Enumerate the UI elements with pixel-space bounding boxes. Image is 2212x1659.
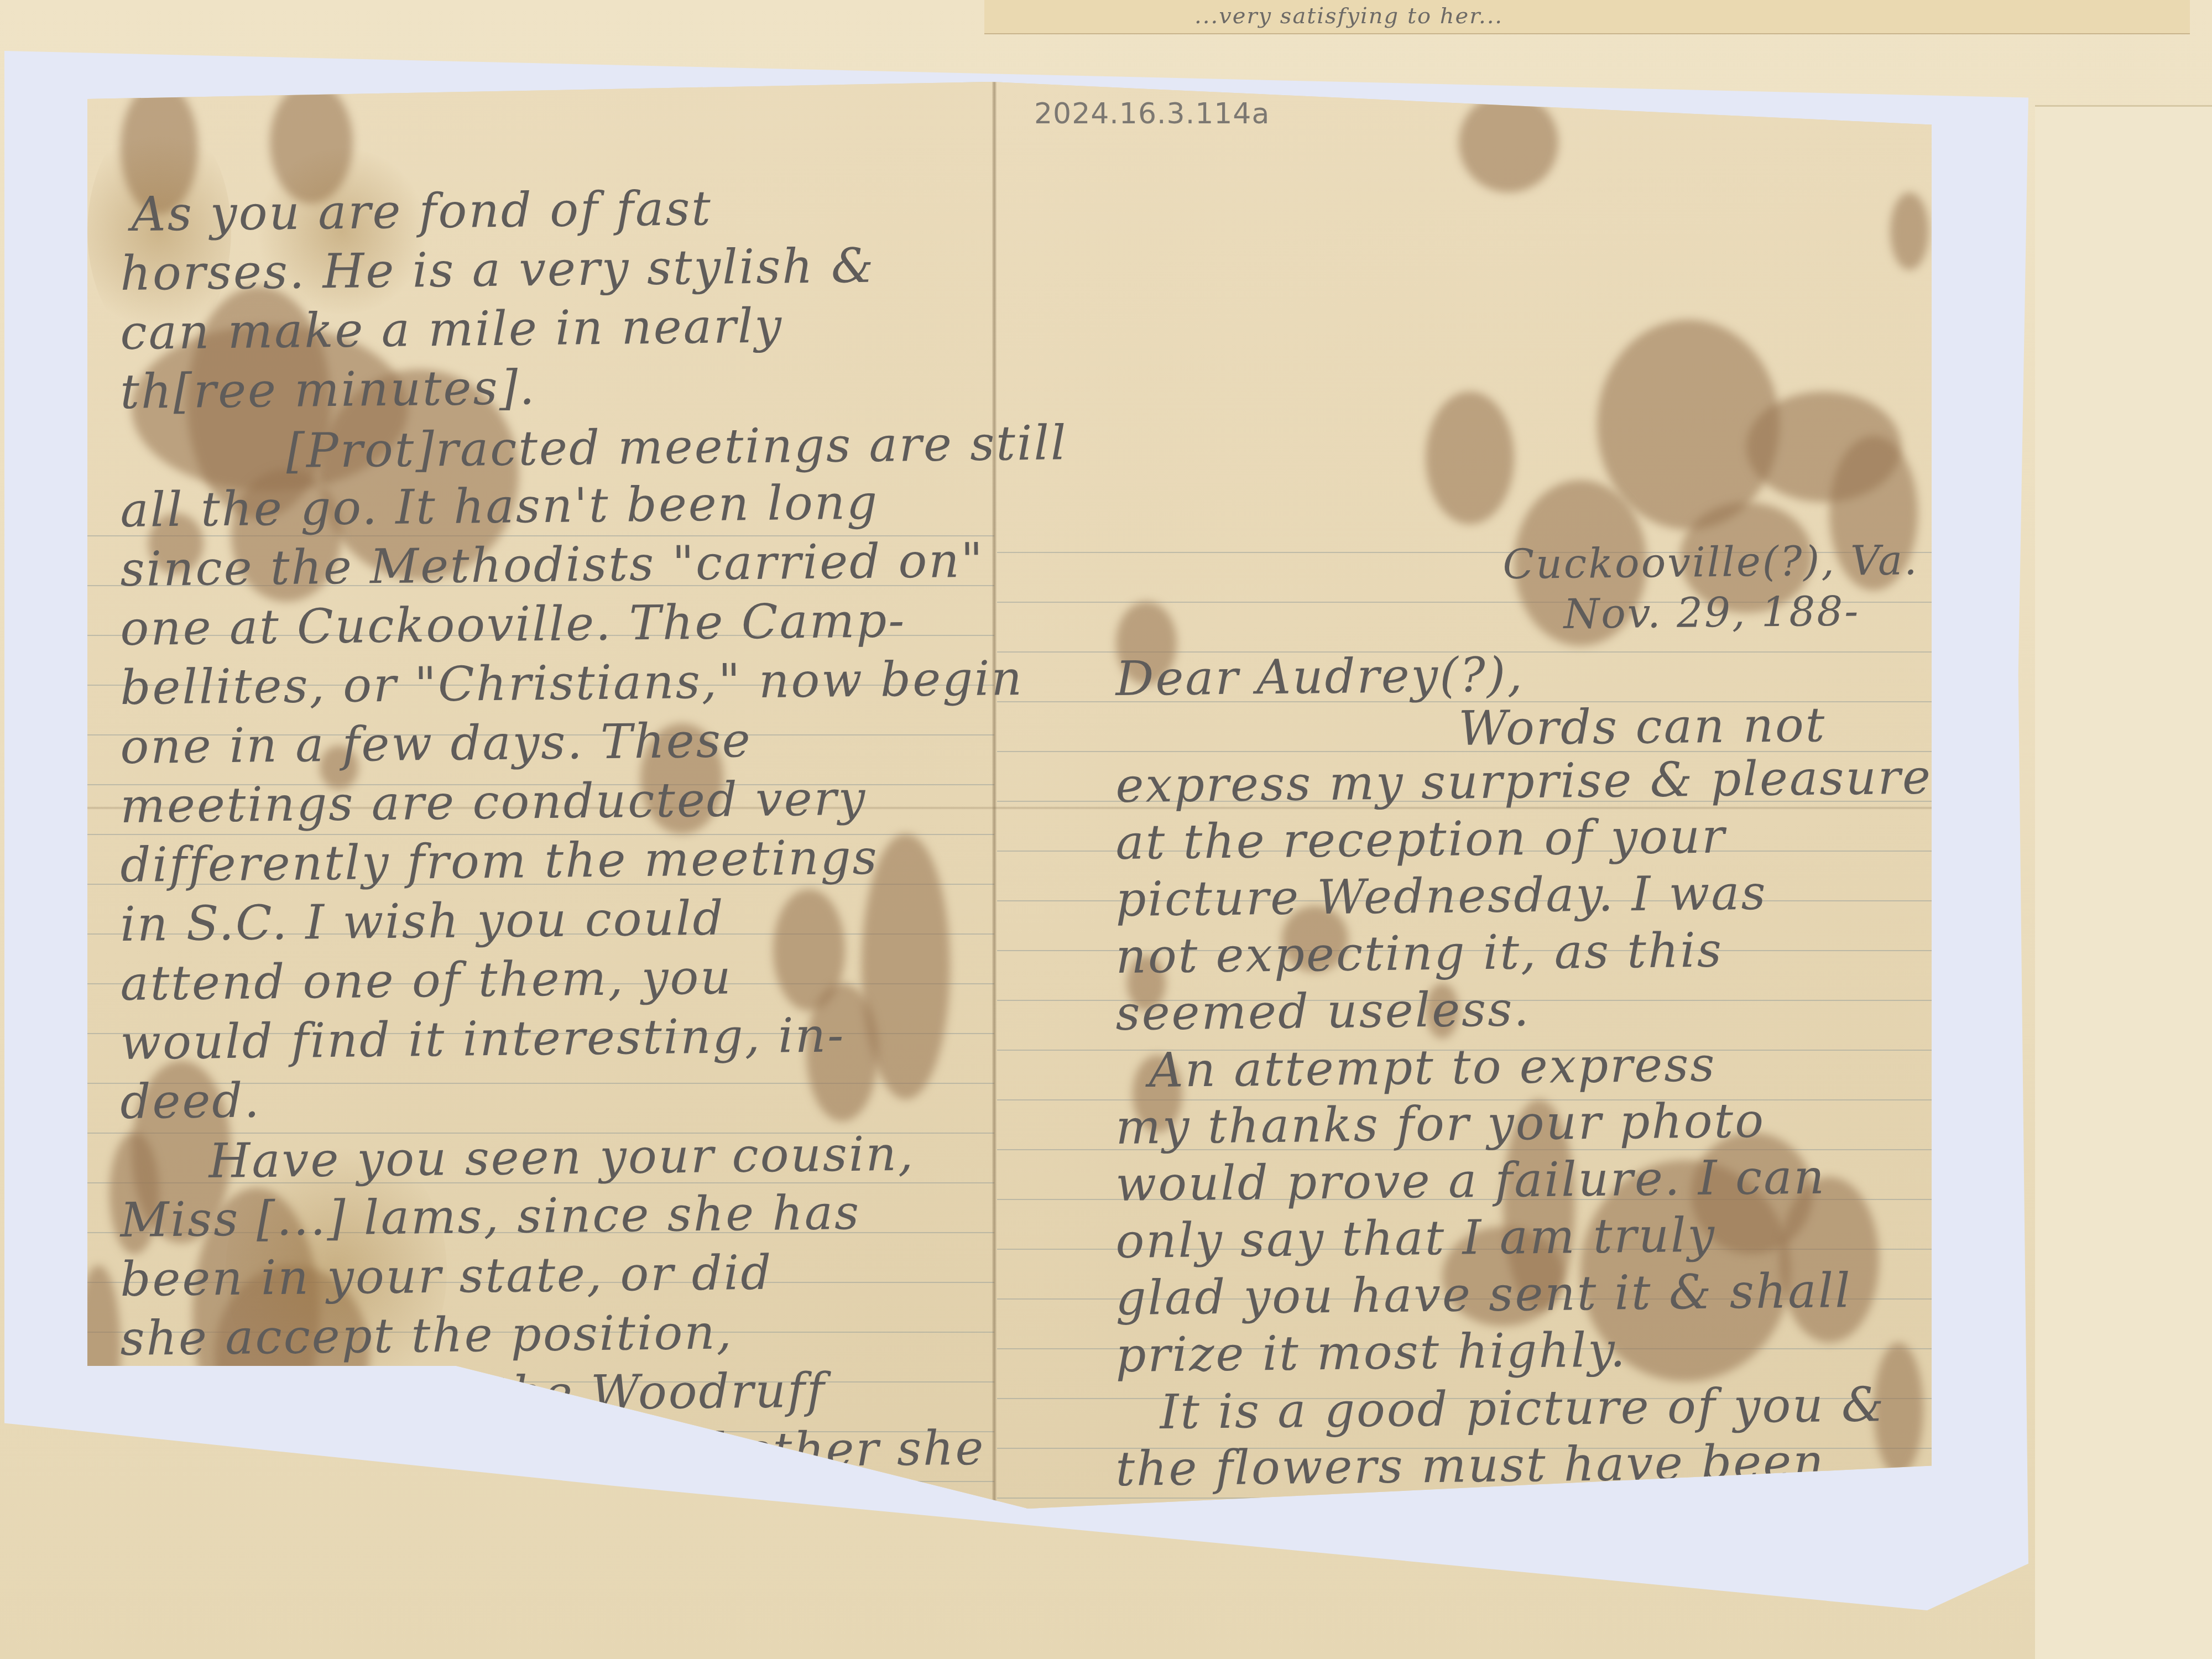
letter-date: Nov. 29, 188- xyxy=(1563,587,1860,638)
handwritten-line: express my surprise & pleasure xyxy=(1115,750,1932,813)
handwritten-line: in S.C. I wish you could xyxy=(120,891,725,952)
handwritten-line: meetings are conducted very xyxy=(120,771,867,834)
center-fold xyxy=(992,82,997,1509)
handwritten-line: Miss [...] lams, since she has xyxy=(120,1185,861,1248)
handwritten-line: attend one of them, you xyxy=(120,950,733,1011)
handwritten-line: at the reception of your xyxy=(1115,808,1726,870)
handwritten-line: Words can not xyxy=(1458,697,1827,757)
background-letter-text: ...very satisfying to her... xyxy=(1194,3,1503,29)
stain xyxy=(1459,93,1558,192)
handwritten-line: prize it most highly. xyxy=(1115,1322,1627,1383)
stain xyxy=(1426,392,1514,524)
handwritten-line: An attempt to express xyxy=(1149,1037,1717,1098)
handwritten-line: glad you have sent it & shall xyxy=(1115,1263,1852,1326)
handwritten-line: can make a mile in nearly xyxy=(120,298,784,361)
handwritten-line: would find it interesting, in- xyxy=(120,1008,846,1071)
handwritten-line: th[ree minutes]. xyxy=(120,360,536,420)
handwritten-line: she accept the position, xyxy=(120,1305,733,1366)
handwritten-line: seemed useless. xyxy=(1115,982,1531,1041)
letter-salutation: Dear Audrey(?), xyxy=(1115,647,1524,707)
handwritten-line: [Prot]racted meetings are still xyxy=(286,415,1068,479)
handwritten-line: bellites, or "Christians," now begin xyxy=(120,651,1024,716)
handwritten-line: differently from the meetings xyxy=(120,830,879,893)
catalog-number: 2024.16.3.114a xyxy=(1034,97,1270,131)
letter-place: Cuckooville(?), Va. xyxy=(1503,536,1919,588)
background-sheet xyxy=(2035,105,2212,1659)
handwritten-line: my thanks for your photo xyxy=(1115,1093,1765,1155)
handwritten-line: since the Methodists "carried on" xyxy=(120,533,985,597)
handwritten-line: Have you seen your cousin, xyxy=(208,1126,915,1189)
handwritten-line: all the go. It hasn't been long xyxy=(120,475,879,538)
handwritten-line: been in your state, or did xyxy=(120,1245,773,1307)
handwritten-line: not expecting it, as this xyxy=(1115,923,1723,984)
handwritten-line: one at Cuckooville. The Camp- xyxy=(120,593,906,656)
background-letter-fragment: ...very satisfying to her... xyxy=(984,0,2190,34)
handwritten-line: would prove a failure. I can xyxy=(1115,1150,1826,1212)
handwritten-line: only say that I am truly xyxy=(1115,1208,1717,1269)
handwritten-line: As you are fond of fast xyxy=(131,181,712,242)
handwritten-line: one in a few days. These xyxy=(120,713,752,775)
handwritten-line: picture Wednesday. I was xyxy=(1115,865,1767,927)
handwritten-line: It is a good picture of you & xyxy=(1160,1377,1886,1440)
handwritten-line: horses. He is a very stylish & xyxy=(120,238,875,301)
handwritten-line: deed. xyxy=(120,1073,261,1130)
letter-sheet: 2024.16.3.114a Cuckooville(?), Va. Nov. … xyxy=(87,82,1932,1509)
stain xyxy=(1890,192,1929,270)
